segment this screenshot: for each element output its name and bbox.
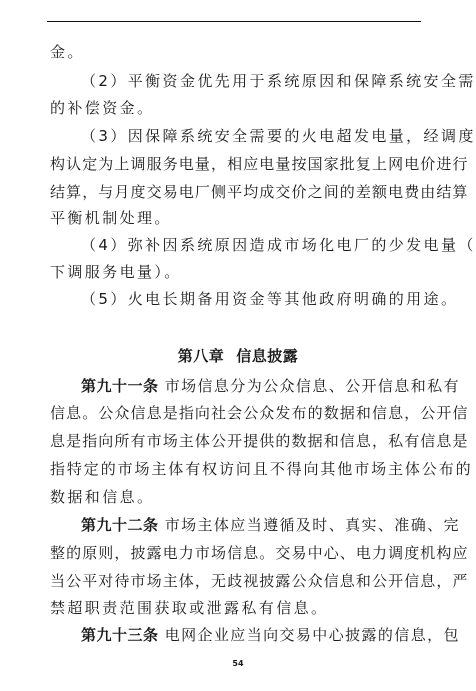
chapter-title: 信息披露 — [236, 347, 298, 365]
chapter-number: 第八章 — [178, 347, 225, 365]
header-rule — [47, 21, 421, 22]
text-line: 息是指向所有市场主体公开提供的数据和信息，私有信息是 — [50, 431, 422, 451]
text-line: 整的原则，披露电力市场信息。交易中心、电力调度机构应 — [50, 543, 422, 563]
text-line: （2）平衡资金优先用于系统原因和保障系统安全需要 — [81, 71, 422, 91]
text-line: 结算，与月度交易电厂侧平均成交价之间的差额电费由结算 — [50, 182, 422, 202]
article-label: 第九十一条 — [81, 377, 159, 395]
text-line: （4）弥补因系统原因造成市场化电厂的少发电量（即 — [81, 235, 422, 255]
article-text: 电网企业应当向交易中心披露的信息，包 — [165, 626, 460, 644]
article-label: 第九十二条 — [81, 516, 159, 534]
page-number: 54 — [0, 659, 476, 668]
text-line: （5）火电长期备用资金等其他政府明确的用途。 — [81, 289, 422, 309]
text-line: 平衡机制处理。 — [50, 208, 422, 228]
text-line: 构认定为上调服务电量，相应电量按国家批复上网电价进行 — [50, 154, 422, 174]
article-93: 第九十三条 电网企业应当向交易中心披露的信息，包 — [81, 625, 422, 645]
text-line: 的补偿资金。 — [50, 98, 422, 118]
text-line: 数据和信息。 — [50, 487, 422, 507]
article-label: 第九十三条 — [81, 626, 159, 644]
text-line: 信息。公众信息是指向社会公众发布的数据和信息，公开信 — [50, 403, 422, 423]
text-line: 下调服务电量）。 — [50, 262, 422, 282]
chapter-heading: 第八章信息披露 — [0, 345, 476, 366]
article-91: 第九十一条 市场信息分为公众信息、公开信息和私有 — [81, 376, 422, 396]
article-text: 市场信息分为公众信息、公开信息和私有 — [165, 377, 460, 395]
article-text: 市场主体应当遵循及时、真实、准确、完 — [165, 516, 460, 534]
text-line: （3）因保障系统安全需要的火电超发电量，经调度机 — [81, 126, 422, 146]
article-92: 第九十二条 市场主体应当遵循及时、真实、准确、完 — [81, 515, 422, 535]
text-line: 金。 — [50, 42, 422, 62]
text-line: 当公平对待市场主体，无歧视披露公众信息和公开信息，严 — [50, 571, 422, 591]
text-line: 指特定的市场主体有权访问且不得向其他市场主体公布的 — [50, 459, 422, 479]
text-line: 禁超职责范围获取或泄露私有信息。 — [50, 598, 422, 618]
